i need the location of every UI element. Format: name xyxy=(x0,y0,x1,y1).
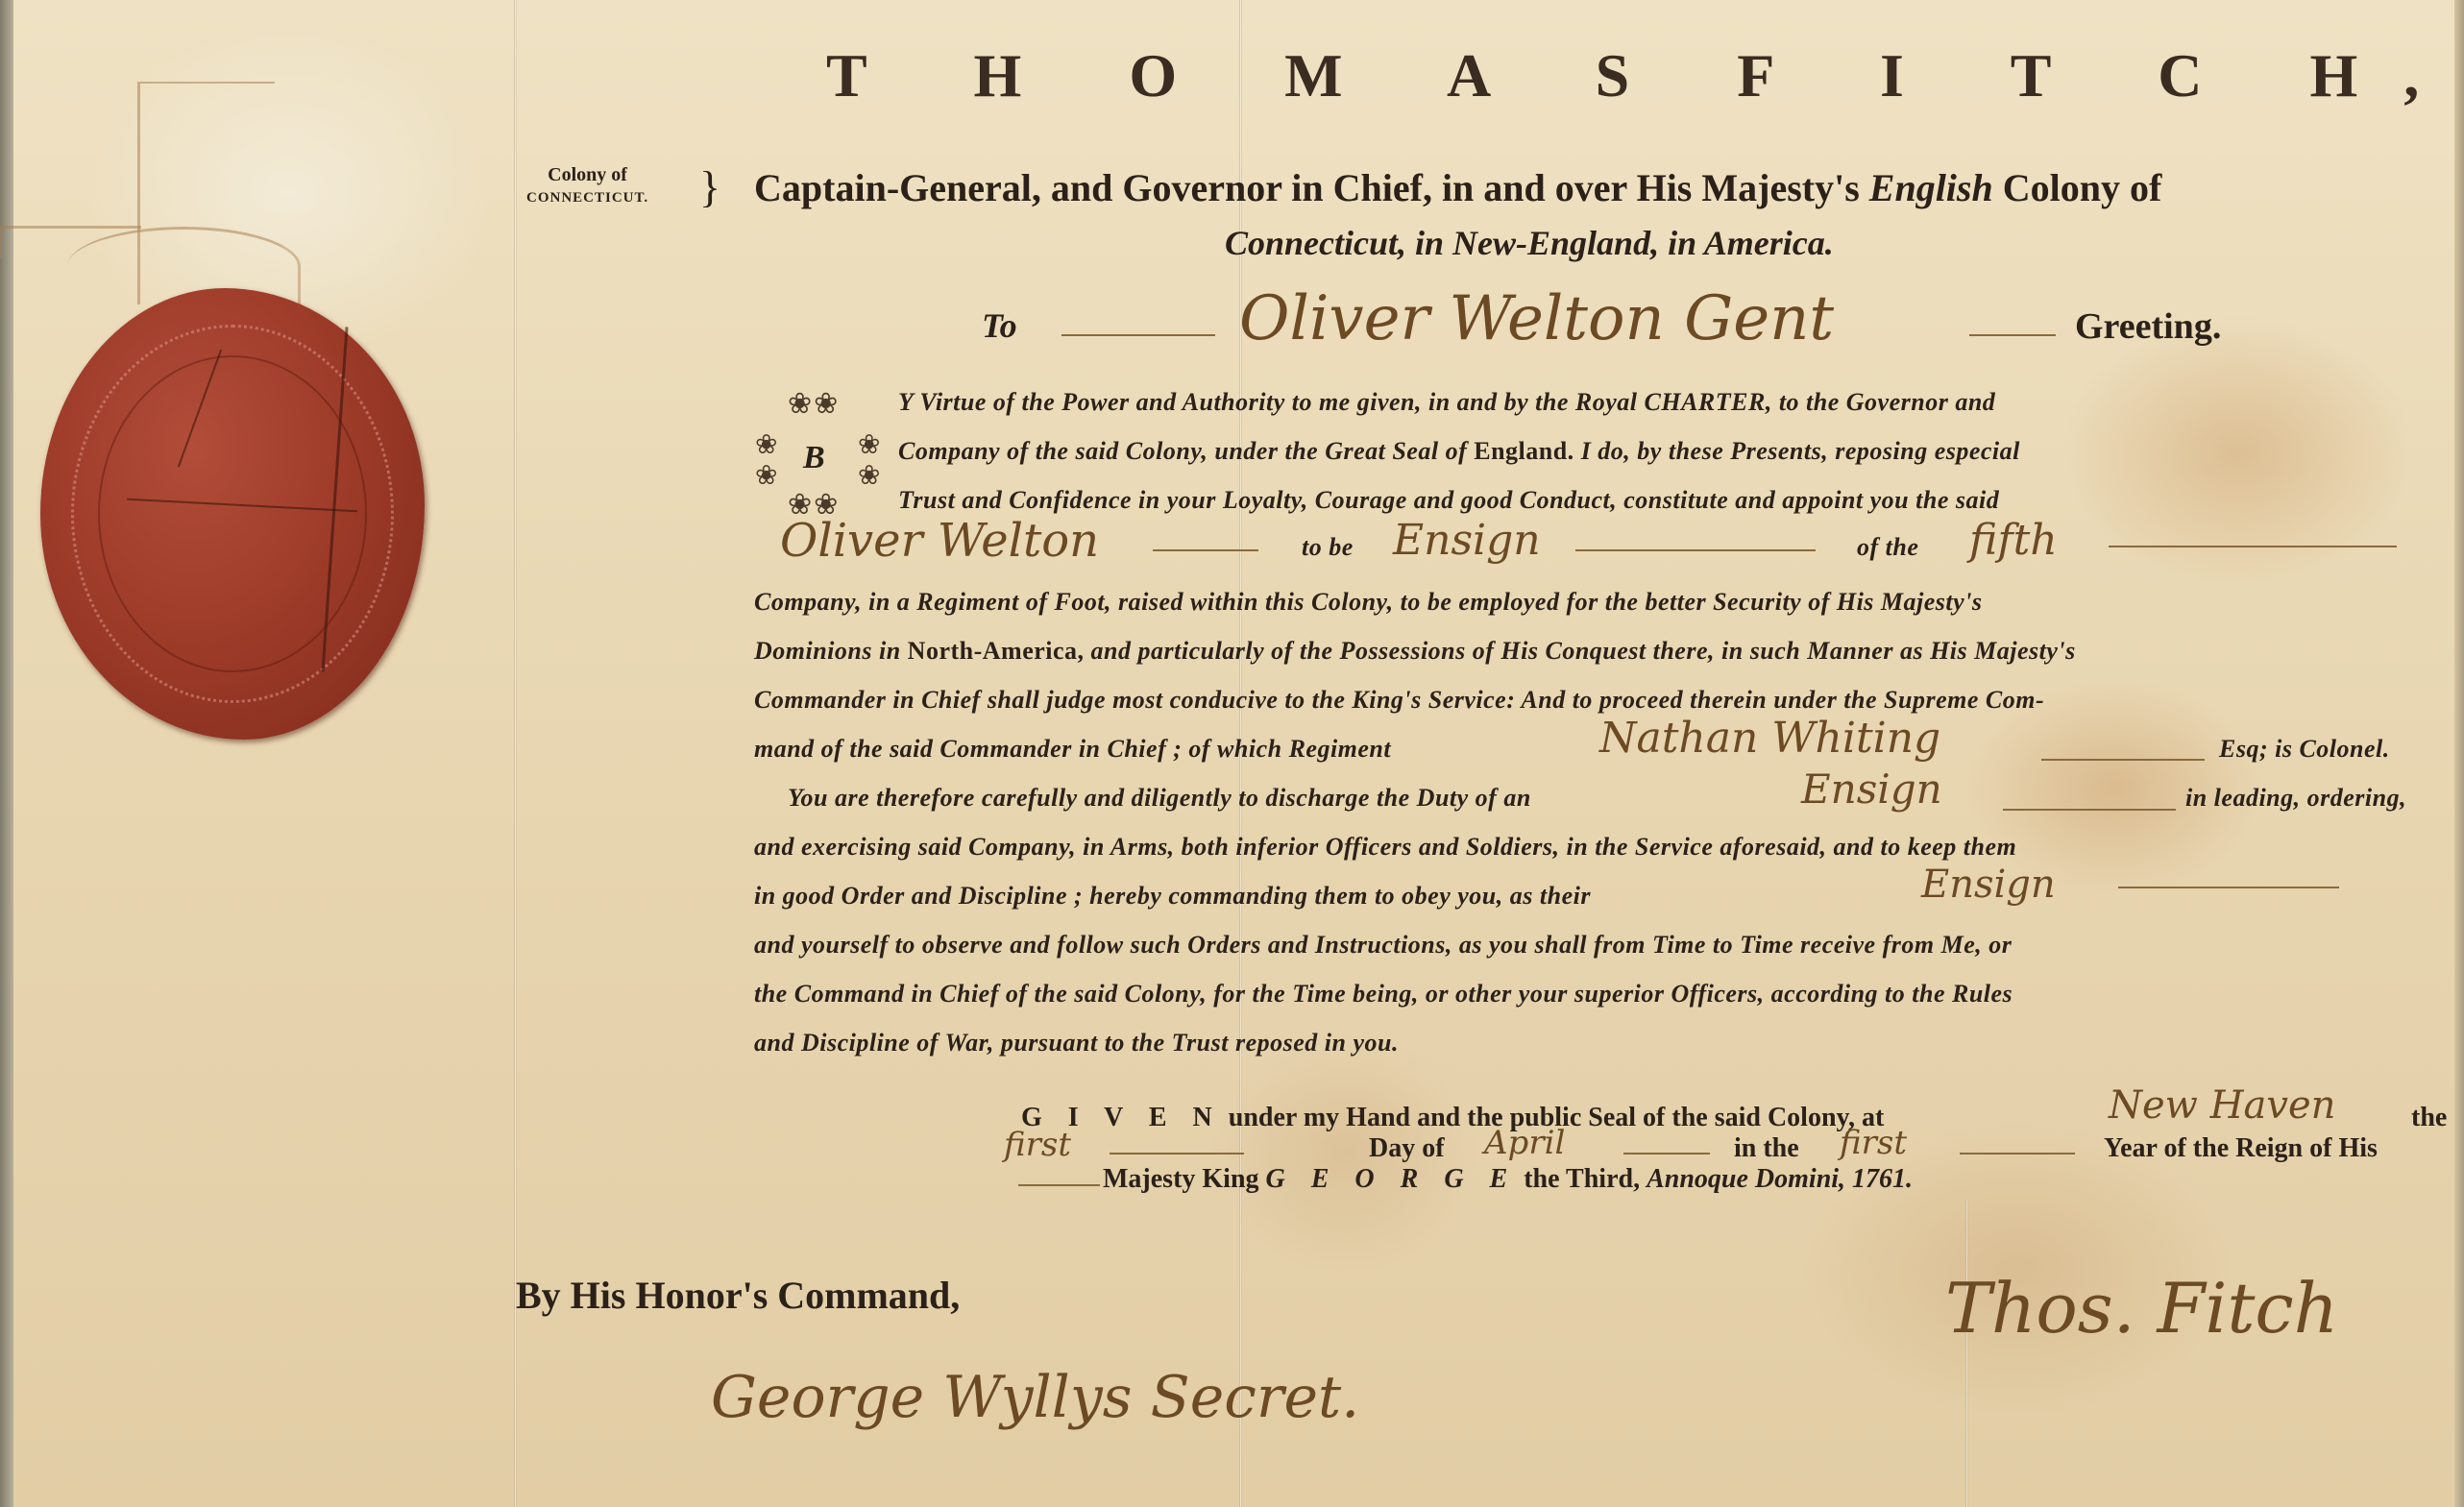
to-be-label: to be xyxy=(1302,533,1354,562)
body-line-14: and Discipline of War, pursuant to the T… xyxy=(754,1029,1399,1057)
brace-glyph: } xyxy=(699,165,720,209)
drop-cap: B xyxy=(803,440,825,476)
recipient-title-handwritten: Oliver Welton Gent xyxy=(1239,283,1834,354)
fill-rule xyxy=(2118,887,2339,888)
month-handwritten: April xyxy=(1484,1124,1565,1162)
headline-line2: Connecticut, in New-England, in America. xyxy=(1225,223,1834,263)
reign-year-handwritten: first xyxy=(1840,1124,1907,1162)
king-name: G E O R G E xyxy=(1266,1164,1518,1194)
their-rank-handwritten: Ensign xyxy=(1921,863,2056,907)
recipient-name-handwritten: Oliver Welton xyxy=(780,514,1099,568)
ornament-icon: ❀❀ xyxy=(788,387,840,421)
body-line-13: the Command in Chief of the said Colony,… xyxy=(754,980,2013,1009)
annoque-domini: Annoque Domini, xyxy=(1647,1164,1845,1194)
body-text: I do, by these Presents, reposing especi… xyxy=(1581,437,2020,465)
fill-rule xyxy=(1061,334,1215,336)
given-text: the Third, xyxy=(1524,1164,1640,1194)
fill-rule xyxy=(1110,1153,1244,1155)
body-text-roman: England. xyxy=(1474,437,1574,465)
headline-line1: Captain-General, and Governor in Chief, … xyxy=(754,165,2161,210)
fill-rule xyxy=(1969,334,2056,336)
body-text: Company of the said Colony, under the Gr… xyxy=(898,437,1467,465)
body-text: Dominions in xyxy=(754,637,901,665)
fill-rule xyxy=(1153,549,1258,551)
day-of-label: Day of xyxy=(1369,1133,1445,1164)
given-line-3: Majesty King G E O R G E the Third, Anno… xyxy=(1103,1164,1913,1195)
colony-label: Colony of CONNECTICUT. xyxy=(526,163,648,209)
colony-label-line1: Colony of xyxy=(526,163,648,186)
rank-handwritten: Ensign xyxy=(1393,516,1541,565)
fill-rule xyxy=(1623,1153,1710,1155)
fill-rule xyxy=(2003,809,2176,811)
ornament-icon: ❀❀ xyxy=(858,430,882,492)
body-line-12: and yourself to observe and follow such … xyxy=(754,931,2012,960)
document-title: T H O M A S F I T C H, Esq; xyxy=(826,40,2464,111)
body-text-roman: North-America, xyxy=(908,637,1085,665)
body-line-2: Company of the said Colony, under the Gr… xyxy=(898,437,2020,466)
by-command-label: By His Honor's Command, xyxy=(516,1273,960,1318)
governor-signature: Thos. Fitch xyxy=(1945,1268,2338,1349)
body-line-1: Y Virtue of the Power and Authority to m… xyxy=(898,388,1995,417)
given-line-1: G I V E N under my Hand and the public S… xyxy=(1021,1103,1884,1133)
fill-rule xyxy=(1018,1184,1100,1186)
frame-edge-right xyxy=(2454,0,2464,1507)
in-the-label: in the xyxy=(1734,1133,1799,1164)
fill-rule xyxy=(2041,759,2205,761)
title-name: T H O M A S F I T C H, xyxy=(826,41,2464,109)
body-line-9-end: in leading, ordering, xyxy=(2185,784,2406,813)
fill-rule xyxy=(1960,1153,2075,1155)
body-line-6: Dominions in North-America, and particul… xyxy=(754,637,2076,666)
reign-label: Year of the Reign of His xyxy=(2104,1133,2378,1164)
body-line-8: mand of the said Commander in Chief ; of… xyxy=(754,735,1391,764)
to-label: To xyxy=(982,305,1017,346)
of-the-label: of the xyxy=(1857,533,1918,562)
body-line-9: You are therefore carefully and diligent… xyxy=(788,784,1531,813)
given-the: the xyxy=(2411,1103,2447,1133)
body-line-11: in good Order and Discipline ; hereby co… xyxy=(754,882,1591,911)
colonel-label: Esq; is Colonel. xyxy=(2219,735,2390,764)
duty-rank-handwritten: Ensign xyxy=(1801,766,1942,813)
colonel-handwritten: Nathan Whiting xyxy=(1599,714,1940,763)
year: 1761. xyxy=(1852,1164,1913,1194)
body-line-7: Commander in Chief shall judge most cond… xyxy=(754,686,2044,715)
body-line-3: Trust and Confidence in your Loyalty, Co… xyxy=(898,486,1999,515)
fill-rule xyxy=(1575,549,1816,551)
body-text: and particularly of the Possessions of H… xyxy=(1091,637,2076,665)
headline-text: Captain-General, and Governor in Chief, … xyxy=(754,166,1860,209)
place-handwritten: New Haven xyxy=(2109,1083,2335,1128)
body-line-10: and exercising said Company, in Arms, bo… xyxy=(754,833,2016,862)
given-text: Majesty King xyxy=(1103,1164,1259,1194)
headline-colony-of: Colony of xyxy=(2003,166,2162,209)
greeting: Greeting. xyxy=(2075,305,2221,348)
fold-line xyxy=(1965,1201,1968,1507)
fill-rule xyxy=(2109,546,2397,547)
colony-label-line2: CONNECTICUT. xyxy=(526,186,648,209)
headline-english: English xyxy=(1869,166,1993,209)
day-handwritten: first xyxy=(1004,1126,1071,1164)
ornament-icon: ❀❀ xyxy=(755,430,779,492)
company-handwritten: fifth xyxy=(1969,516,2058,565)
wax-seal xyxy=(40,288,425,740)
body-line-5: Company, in a Regiment of Foot, raised w… xyxy=(754,588,1983,617)
secretary-signature: George Wyllys Secret. xyxy=(711,1364,1359,1431)
